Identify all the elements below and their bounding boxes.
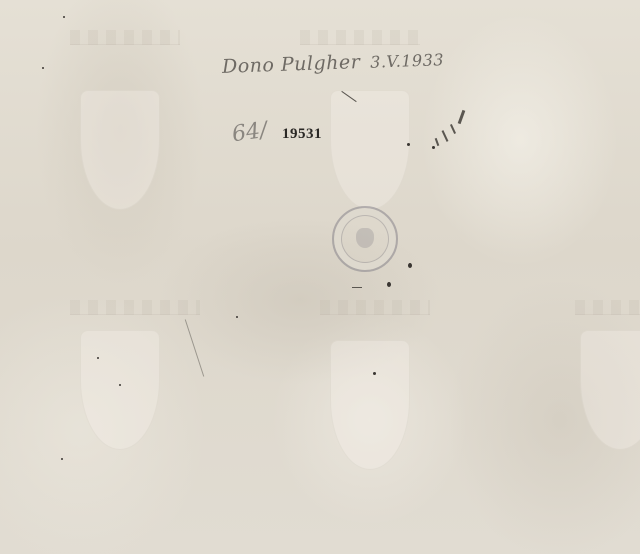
scratch-line	[185, 319, 204, 376]
watermark-shield	[80, 90, 160, 210]
watermark-battlement	[575, 300, 640, 315]
watermark-shield	[80, 330, 160, 450]
watermark-battlement	[70, 30, 180, 45]
ink-speck	[42, 67, 44, 69]
watermark-battlement	[300, 30, 420, 45]
ink-speck	[387, 282, 391, 287]
stamp-emblem-icon	[356, 228, 374, 248]
watermark-shield	[580, 330, 640, 450]
ink-speck	[432, 146, 435, 149]
pencil-mark	[458, 110, 466, 124]
ink-speck	[97, 357, 99, 359]
ink-speck	[408, 263, 412, 268]
document-sheet: Dono Pulgher3.V.1933 64/ 19531	[0, 0, 640, 554]
inscription-date: 3.V.1933	[370, 50, 444, 72]
watermark-battlement	[320, 300, 430, 315]
ink-speck	[236, 316, 238, 318]
pencil-mark	[450, 124, 456, 134]
ink-speck	[373, 372, 376, 375]
ink-speck	[119, 384, 121, 386]
circular-seal-stamp	[332, 206, 398, 272]
handwritten-inscription: Dono Pulgher3.V.1933	[222, 48, 445, 78]
ink-speck	[61, 458, 63, 460]
pencil-mark	[435, 138, 440, 146]
ink-speck	[63, 16, 65, 18]
ink-speck	[407, 143, 410, 146]
watermark-shield	[330, 340, 410, 470]
inventory-number: 19531	[282, 126, 322, 143]
pencil-mark	[442, 130, 449, 142]
inscription-text: Dono Pulgher	[222, 51, 361, 78]
watermark-shield	[330, 90, 410, 210]
penciled-number: 64/	[230, 118, 269, 148]
watermark-battlement	[70, 300, 200, 315]
pencil-mark	[352, 287, 362, 288]
